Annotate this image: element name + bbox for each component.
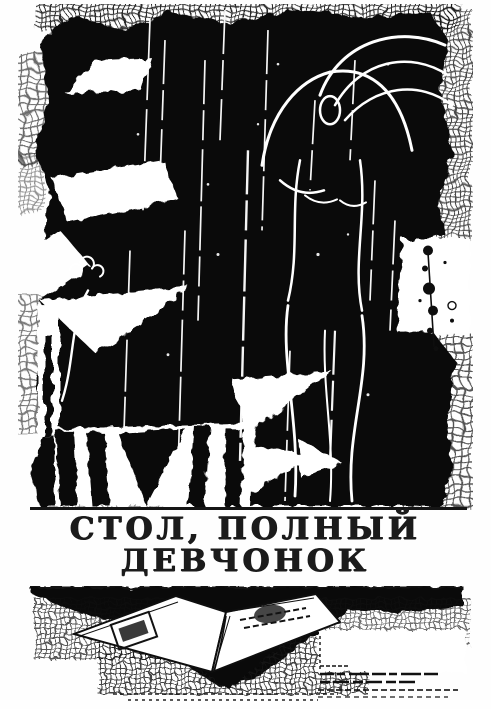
divider-rule (30, 507, 467, 510)
cover-illustration (18, 4, 473, 510)
footer-illustration (18, 586, 473, 706)
title-line-1: СТОЛ, ПОЛНЫЙ (0, 513, 491, 545)
book-title: СТОЛ, ПОЛНЫЙ ДЕВЧОНОК (0, 513, 491, 577)
book-cover-scan: СТОЛ, ПОЛНЫЙ ДЕВЧОНОК (0, 0, 491, 709)
title-line-2: ДЕВЧОНОК (0, 545, 491, 577)
